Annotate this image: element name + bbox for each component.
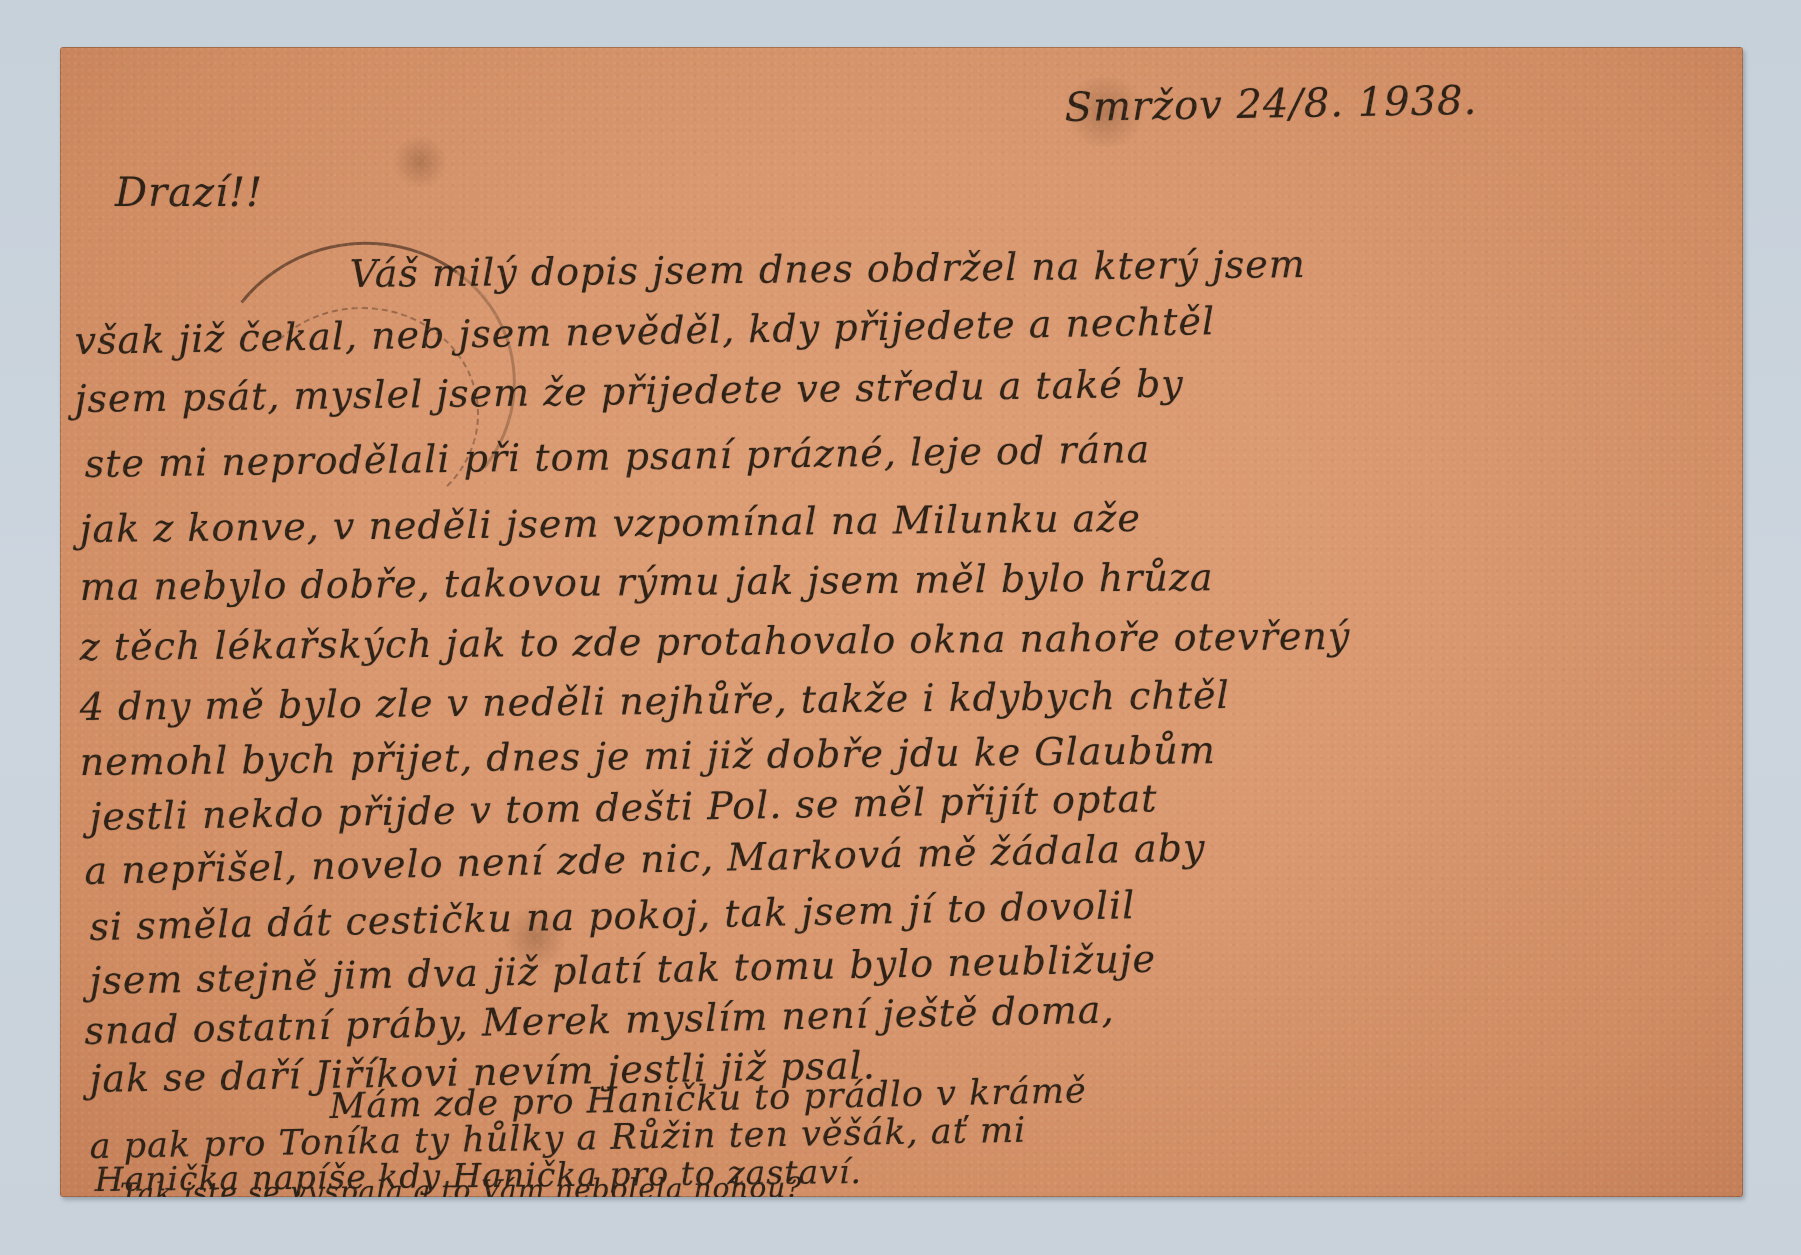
letter-line: si směla dát cestičku na pokoj, tak jsem… bbox=[89, 883, 1136, 949]
letter-line: ma nebylo dobře, takovou rýmu jak jsem m… bbox=[80, 555, 1214, 609]
letter-line: Váš milý dopis jsem dnes obdržel na kter… bbox=[350, 242, 1306, 296]
salutation: Drazí!! bbox=[115, 170, 263, 216]
letter-line: jak z konve, v neděli jsem vzpomínal na … bbox=[80, 496, 1141, 551]
place-date: Smržov 24/8. 1938. bbox=[1064, 78, 1477, 131]
ink-stain bbox=[390, 137, 450, 187]
postcard: Smržov 24/8. 1938. Drazí!! Váš milý dopi… bbox=[60, 47, 1743, 1197]
letter-line: 4 dny mě bylo zle v neděli nejhůře, takž… bbox=[80, 673, 1230, 729]
letter-line: z těch lékařských jak to zde protahovalo… bbox=[80, 614, 1351, 669]
letter-line: nemohl bych přijet, dnes je mi již dobře… bbox=[80, 728, 1216, 784]
